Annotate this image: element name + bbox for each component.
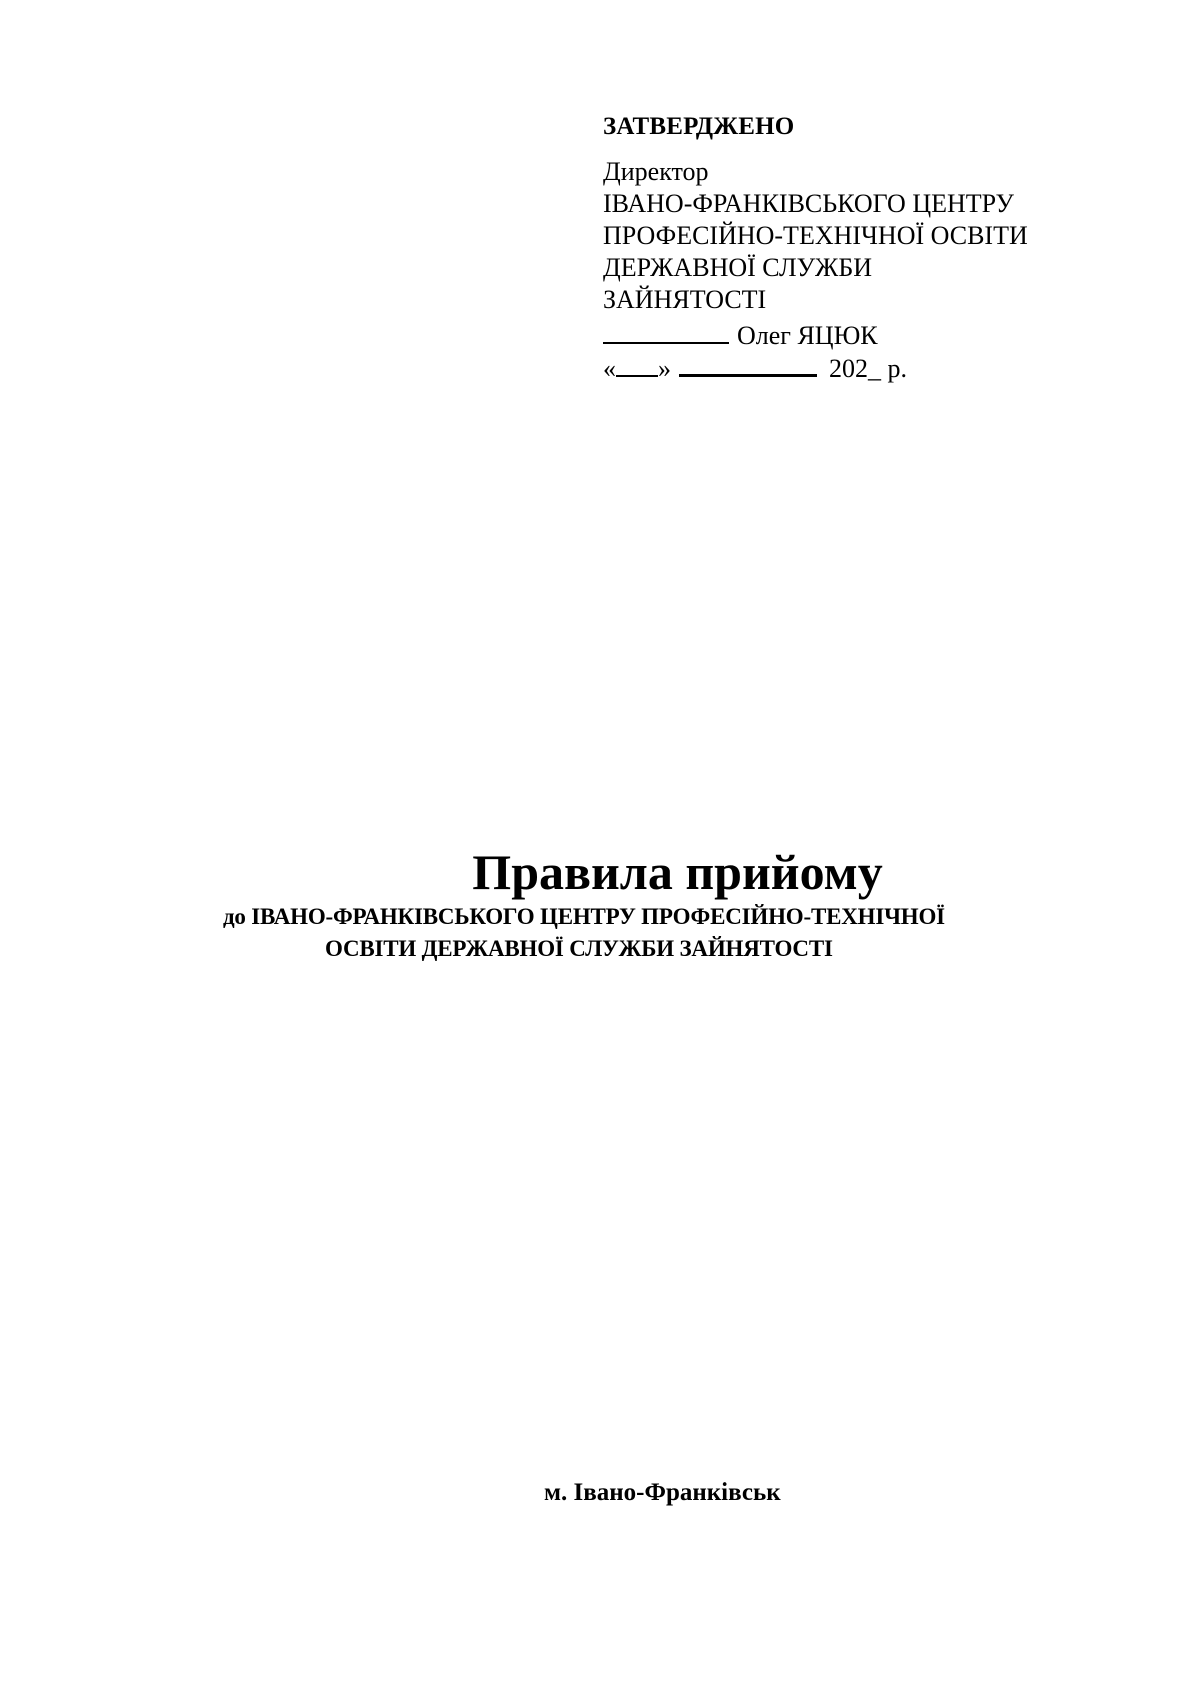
approver-position: Директор	[603, 156, 1163, 188]
organization-line-2: ПРОФЕСІЙНО-ТЕХНІЧНОЇ ОСВІТИ	[603, 220, 1163, 252]
signature-blank	[603, 320, 729, 344]
day-blank	[616, 353, 658, 377]
organization-line-4: ЗАЙНЯТОСТІ	[603, 284, 1163, 316]
document-subtitle-line-2: ОСВІТИ ДЕРЖАВНОЇ СЛУЖБИ ЗАЙНЯТОСТІ	[325, 933, 833, 965]
document-title: Правила прийому	[0, 845, 1190, 899]
organization-line-3: ДЕРЖАВНОЇ СЛУЖБИ	[603, 252, 1163, 284]
document-subtitle-line-1: до ІВАНО-ФРАНКІВСЬКОГО ЦЕНТРУ ПРОФЕСІЙНО…	[223, 901, 945, 933]
approval-heading: ЗАТВЕРДЖЕНО	[603, 112, 1163, 142]
approval-block: ЗАТВЕРДЖЕНО Директор ІВАНО-ФРАНКІВСЬКОГО…	[603, 112, 1163, 385]
signatory-name: Олег ЯЦЮК	[737, 321, 878, 350]
date-close-quote: »	[658, 354, 671, 383]
month-blank	[679, 352, 817, 377]
city-name: м. Івано-Франківськ	[544, 1478, 781, 1508]
date-open-quote: «	[603, 354, 616, 383]
organization-line-1: ІВАНО-ФРАНКІВСЬКОГО ЦЕНТРУ	[603, 188, 1163, 220]
signature-line: Олег ЯЦЮК	[603, 320, 1163, 352]
year-text: 202_ р.	[829, 354, 907, 383]
approval-date-line: «»202_ р.	[603, 352, 1163, 385]
title-block: Правила прийому до ІВАНО-ФРАНКІВСЬКОГО Ц…	[0, 845, 1190, 899]
